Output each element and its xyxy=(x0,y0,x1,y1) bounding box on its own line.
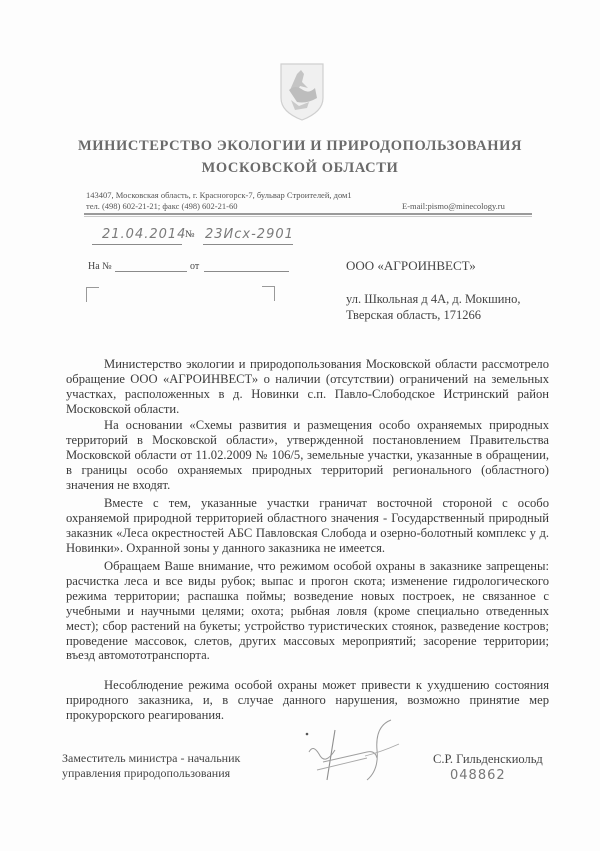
paragraph-text: Несоблюдение режима особой охраны может … xyxy=(66,678,549,723)
date-underline xyxy=(92,244,182,245)
signer-name: С.Р. Гильденскиольд xyxy=(433,752,543,767)
letter-page: МИНИСТЕРСТВО ЭКОЛОГИИ И ПРИРОДОПОЛЬЗОВАН… xyxy=(0,0,600,851)
body-paragraph-4: Обращаем Ваше внимание, что режимом особ… xyxy=(66,559,549,663)
reference-number-line xyxy=(115,271,187,272)
address-window-corner-left xyxy=(86,287,99,302)
recipient-name: ООО «АГРОИНВЕСТ» xyxy=(346,258,476,274)
letterhead-divider-thin xyxy=(84,216,532,217)
letterhead-divider xyxy=(84,213,532,215)
reference-date-label: от xyxy=(190,261,199,272)
ministry-name-line2: МОСКОВСКОЙ ОБЛАСТИ xyxy=(0,160,600,177)
paragraph-text: Вместе с тем, указанные участки граничат… xyxy=(66,496,549,556)
ministry-address: 143407, Московская область, г. Красногор… xyxy=(86,190,352,200)
outgoing-number: 23Исх-2901 xyxy=(205,227,294,242)
signer-title-line1: Заместитель министра - начальник xyxy=(62,751,240,766)
reference-number-label: На № xyxy=(88,261,112,272)
paragraph-text: Министерство экологии и природопользован… xyxy=(66,357,549,417)
recipient-address-line1: ул. Школьная д 4А, д. Мокшино, xyxy=(346,292,521,307)
ministry-phone-fax: тел. (498) 602-21-21; факс (498) 602-21-… xyxy=(86,201,237,211)
outgoing-number-label: № xyxy=(185,229,195,240)
body-paragraph-1: Министерство экологии и природопользован… xyxy=(66,357,549,417)
document-serial-number: 048862 xyxy=(450,768,506,783)
body-paragraph-3: Вместе с тем, указанные участки граничат… xyxy=(66,496,549,556)
address-window-corner-right xyxy=(262,286,275,301)
body-paragraph-2: На основании «Схемы развития и размещени… xyxy=(66,418,549,493)
paragraph-text: Обращаем Ваше внимание, что режимом особ… xyxy=(66,559,549,663)
number-underline xyxy=(203,244,293,245)
outgoing-date: 21.04.2014 xyxy=(102,227,186,242)
ministry-email: E-mail:pismo@minecology.ru xyxy=(402,201,505,211)
body-paragraph-5: Несоблюдение режима особой охраны может … xyxy=(66,678,549,723)
recipient-address-line2: Тверская область, 171266 xyxy=(346,308,481,323)
paragraph-text: На основании «Схемы развития и размещени… xyxy=(66,418,549,493)
signature-icon xyxy=(305,718,405,788)
signer-title-line2: управления природопользования xyxy=(62,766,230,781)
reference-date-line xyxy=(204,271,289,272)
ministry-name-line1: МИНИСТЕРСТВО ЭКОЛОГИИ И ПРИРОДОПОЛЬЗОВАН… xyxy=(0,138,600,155)
coat-of-arms-icon xyxy=(277,60,327,122)
